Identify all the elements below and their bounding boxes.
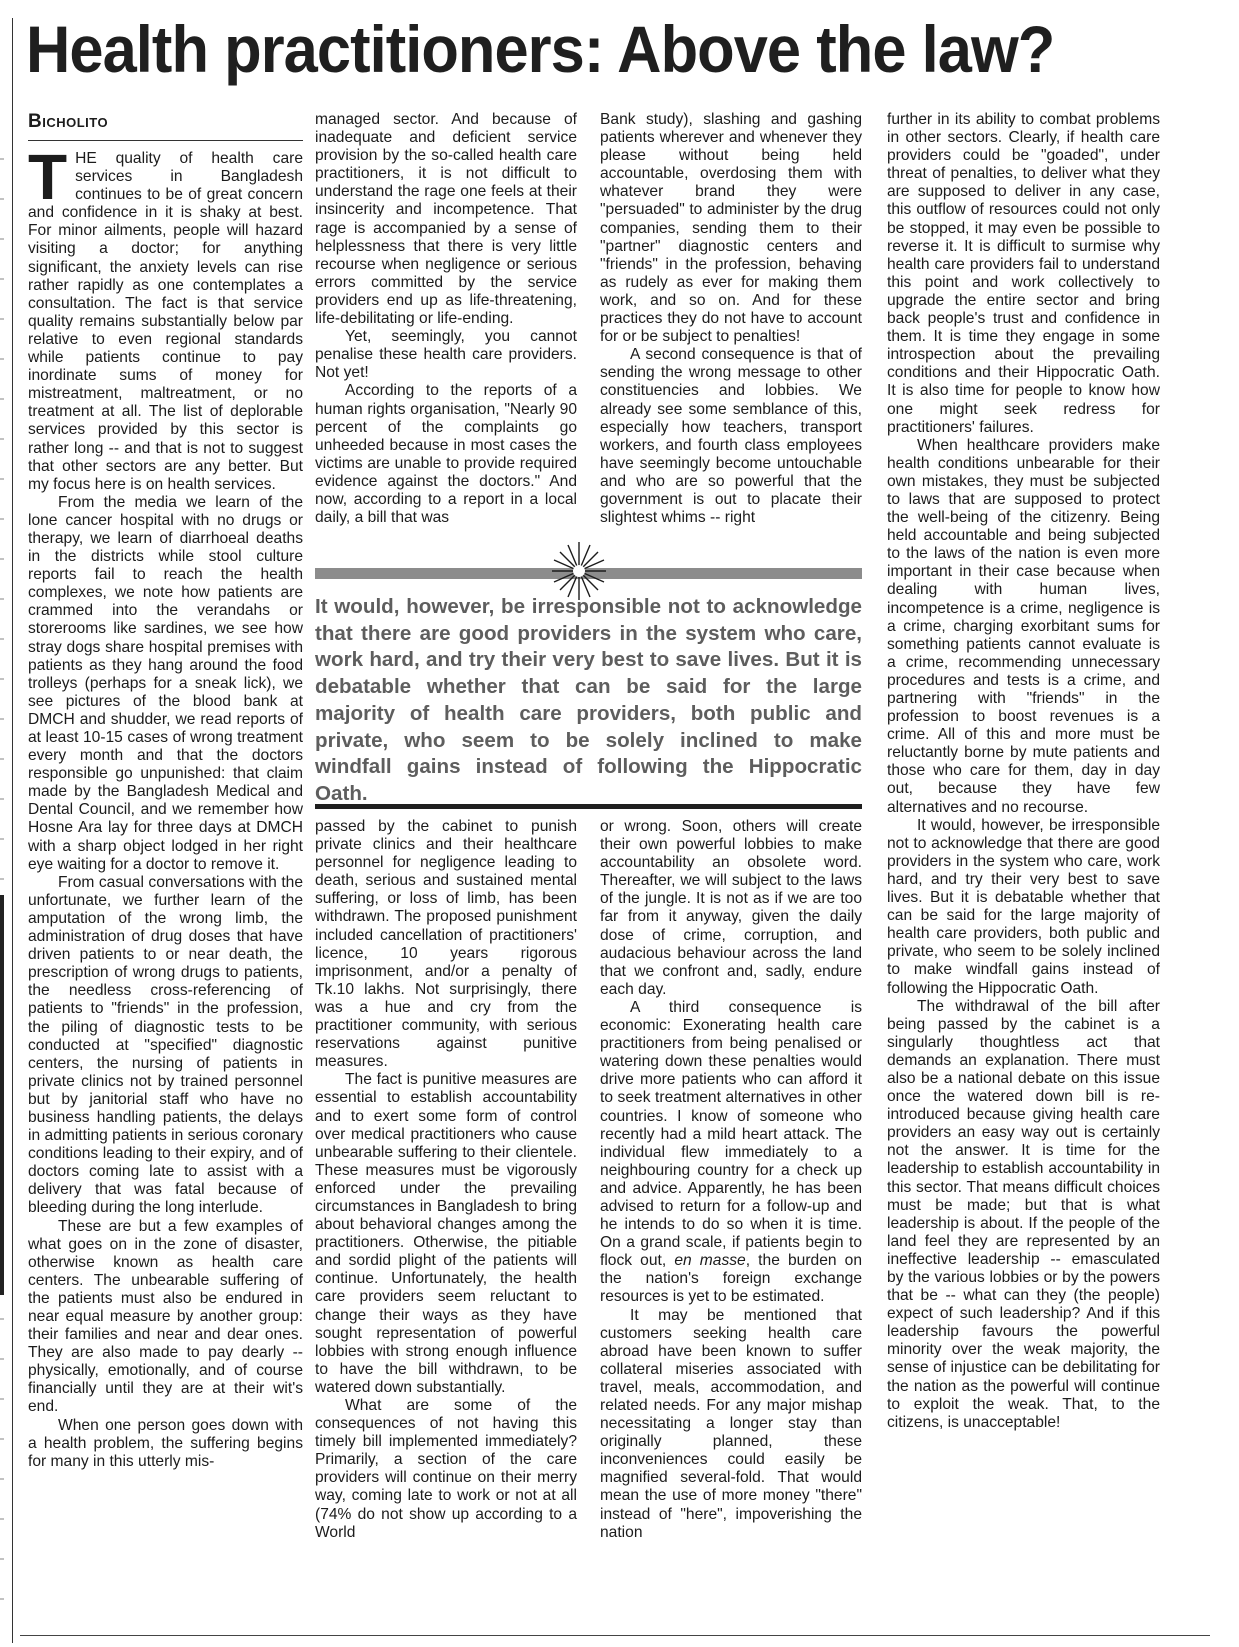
paragraph: managed sector. And because of inadequat… bbox=[315, 111, 577, 328]
paragraph: The fact is punitive measures are essent… bbox=[315, 1071, 577, 1397]
bottom-rule bbox=[20, 1635, 1210, 1636]
page-left-rule bbox=[12, 18, 13, 1643]
article-column-3-bottom: or wrong. Soon, others will create their… bbox=[600, 818, 862, 1542]
paragraph: further in its ability to combat problem… bbox=[887, 111, 1160, 437]
dropcap: T bbox=[28, 152, 67, 202]
page-edge-marks bbox=[0, 120, 4, 1620]
paragraph: or wrong. Soon, others will create their… bbox=[600, 818, 862, 999]
pullquote: It would, however, be irresponsible not … bbox=[315, 594, 862, 808]
article-column-2-top: managed sector. And because of inadequat… bbox=[315, 111, 577, 527]
paragraph: According to the reports of a human righ… bbox=[315, 382, 577, 527]
article-column-4: further in its ability to combat problem… bbox=[887, 111, 1160, 1432]
paragraph: It may be mentioned that customers seeki… bbox=[600, 1307, 862, 1542]
article-column-2-bottom: passed by the cabinet to punish private … bbox=[315, 818, 577, 1542]
paragraph: These are but a few examples of what goe… bbox=[28, 1218, 303, 1417]
paragraph: From the media we learn of the lone canc… bbox=[28, 494, 303, 874]
paragraph: What are some of the consequences of not… bbox=[315, 1397, 577, 1542]
paragraph: Yet, seemingly, you cannot penalise thes… bbox=[315, 328, 577, 382]
byline: Bicholito bbox=[28, 110, 303, 141]
paragraph: THE quality of health care services in B… bbox=[28, 150, 303, 494]
article-column-3-top: Bank study), slashing and gashing patien… bbox=[600, 111, 862, 527]
adjacent-page-block bbox=[0, 895, 4, 1295]
paragraph: Bank study), slashing and gashing patien… bbox=[600, 111, 862, 346]
pullquote-bottom-rule bbox=[315, 804, 862, 809]
paragraph: A third consequence is economic: Exonera… bbox=[600, 999, 862, 1307]
italic-phrase: en masse bbox=[674, 1252, 745, 1269]
paragraph: When one person goes down with a health … bbox=[28, 1417, 303, 1471]
article-column-1: Bicholito THE quality of health care ser… bbox=[28, 110, 303, 1471]
paragraph: From casual conversations with the unfor… bbox=[28, 874, 303, 1218]
paragraph: The withdrawal of the bill after being p… bbox=[887, 998, 1160, 1432]
paragraph: It would, however, be irresponsible not … bbox=[887, 817, 1160, 998]
headline: Health practitioners: Above the law? bbox=[26, 14, 1054, 84]
paragraph: passed by the cabinet to punish private … bbox=[315, 818, 577, 1071]
paragraph: A second consequence is that of sending … bbox=[600, 346, 862, 527]
paragraph: When healthcare providers make health co… bbox=[887, 437, 1160, 817]
starburst-icon bbox=[548, 540, 610, 602]
